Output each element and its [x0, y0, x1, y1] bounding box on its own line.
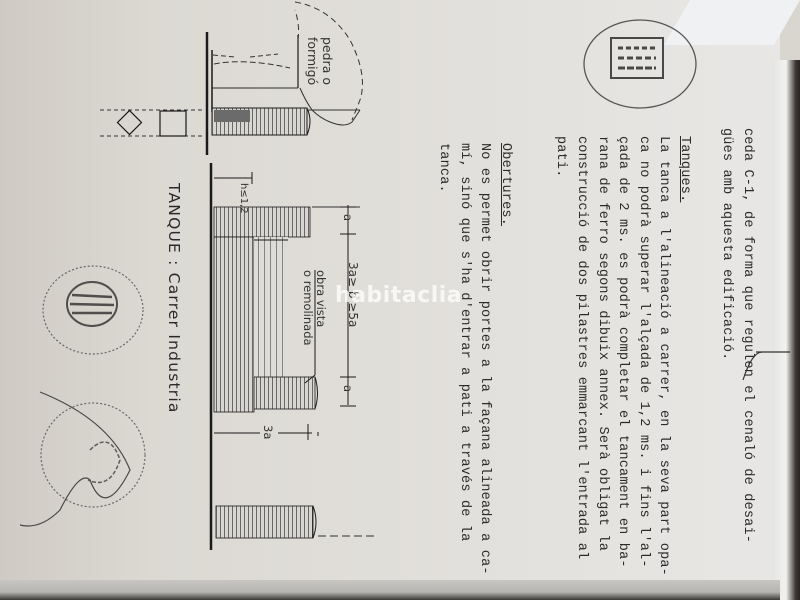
label-line: obra vista [314, 270, 327, 346]
label-line: o remolinada [301, 270, 314, 346]
diamond-symbol [117, 110, 141, 134]
drawing-caption: TANQUE : Carrer Industria [165, 183, 183, 414]
square-symbol [160, 111, 186, 136]
label-line: formigó [305, 37, 320, 85]
pen-mark [743, 352, 762, 380]
signature [20, 392, 130, 526]
dim-height-label: h≤1,2 [238, 183, 249, 214]
dim-a-top-label: a [341, 214, 355, 221]
label-line: pedra o [320, 37, 335, 85]
watermark: habitaclia [335, 283, 462, 308]
generalitat-stamp-2 [20, 392, 145, 526]
dim-a-bottom-label: a [341, 385, 355, 392]
dim-3a-label: 3a [261, 425, 275, 439]
finish-label: obra vista o remolinada [301, 270, 327, 346]
ajuntament-stamp [584, 20, 696, 108]
generalitat-stamp-1 [43, 266, 143, 354]
material-label: pedra o formigó [305, 37, 335, 85]
